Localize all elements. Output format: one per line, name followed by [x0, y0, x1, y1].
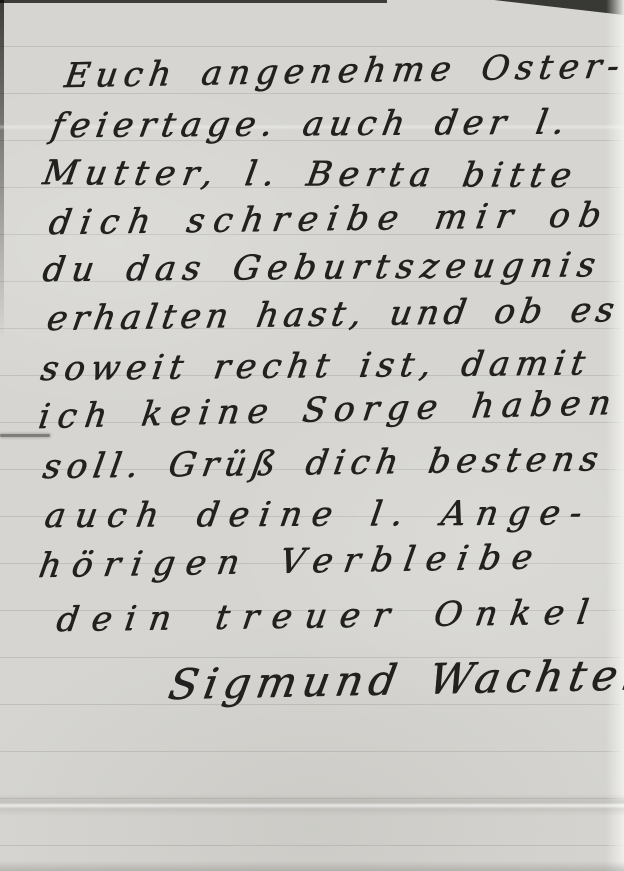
handwritten-line: hörigen Verbleibe — [36, 537, 546, 586]
scan-artifact-right-edge — [606, 0, 624, 871]
scan-artifact-bottom-edge — [0, 861, 624, 871]
handwritten-line: du das Geburtszeugnis — [40, 245, 605, 290]
handwritten-line: soweit recht ist, damit — [38, 343, 593, 389]
handwritten-line: Mutter, l. Berta bitte — [40, 153, 581, 196]
scan-artifact-top-right-corner — [494, 0, 624, 15]
handwritten-line: soll. Grüß dich bestens — [40, 439, 607, 487]
handwritten-line: ich keine Sorge haben — [36, 383, 621, 437]
scan-artifact-top-edge — [0, 0, 387, 3]
scan-artifact-left-edge — [0, 0, 4, 340]
handwritten-line: erhalten hast, und ob es — [44, 290, 622, 339]
handwritten-line: Euch angenehme Oster- — [62, 46, 624, 96]
handwritten-line: feiertage. auch der l. — [48, 102, 573, 146]
handwritten-line: auch deine l. Ange- — [42, 493, 594, 536]
letter-page: Euch angenehme Oster- feiertage. auch de… — [0, 0, 624, 871]
signature: Sigmund Wachtel — [165, 650, 624, 709]
handwritten-line: dein treuer Onkel — [54, 592, 604, 640]
handwritten-line: dich schreibe mir ob — [46, 195, 613, 243]
paper-fold-crease — [0, 794, 624, 816]
